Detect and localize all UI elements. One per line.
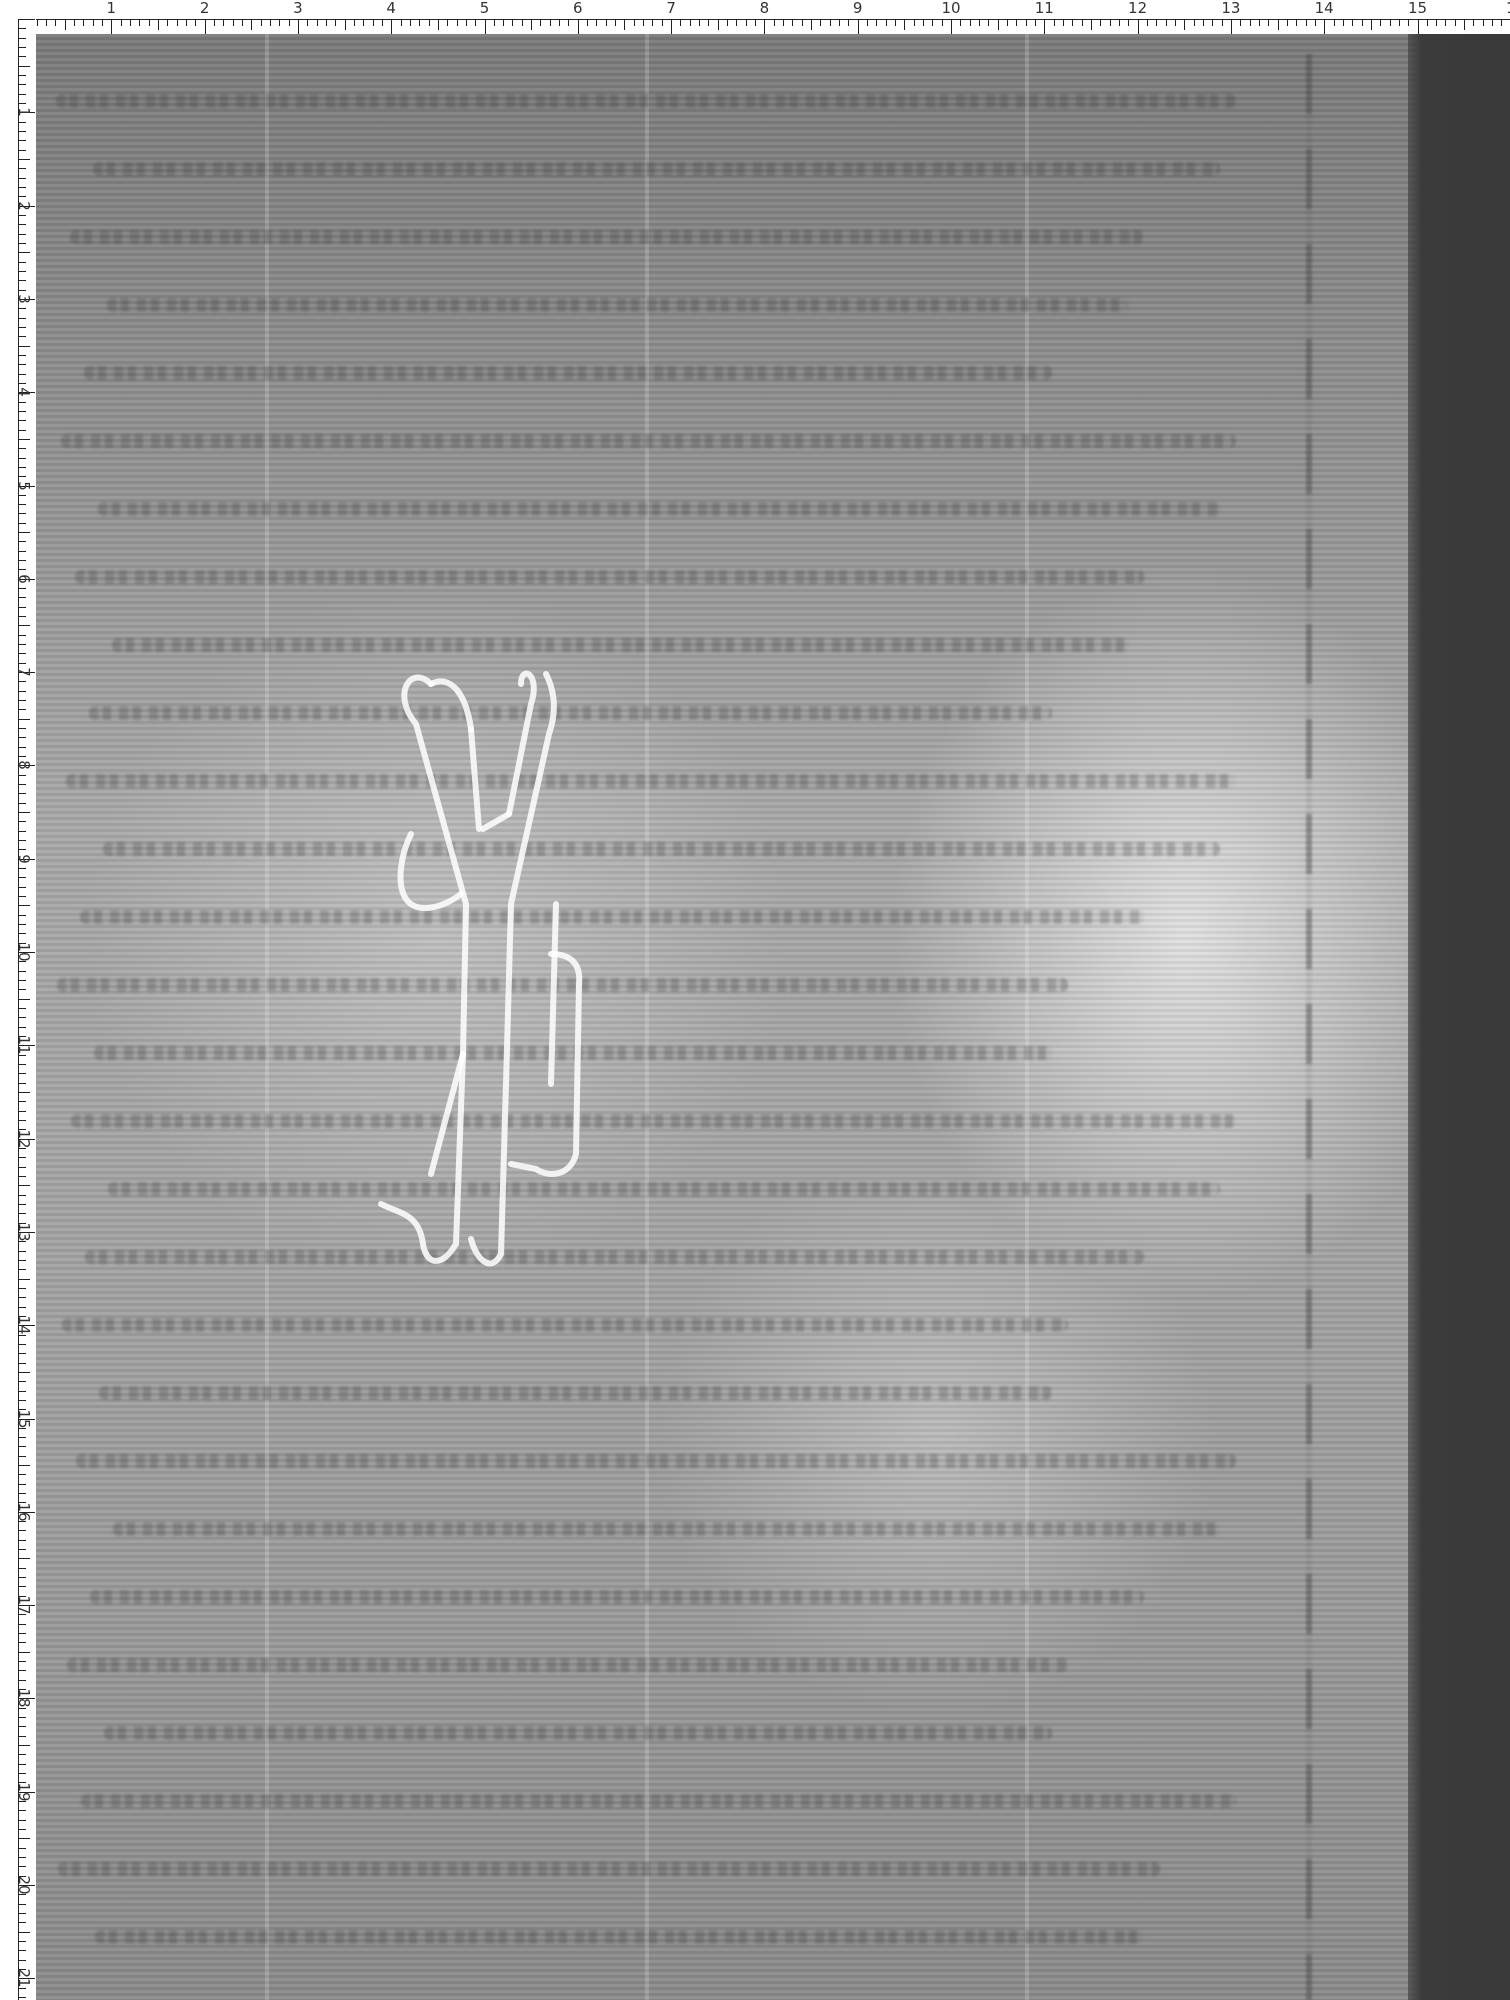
ruler-tick	[18, 402, 26, 403]
ruler-tick	[18, 803, 26, 804]
ruler-tick	[18, 243, 26, 244]
ruler-tick	[18, 1577, 26, 1578]
ruler-tick	[652, 19, 653, 26]
ruler-tick	[18, 224, 26, 225]
ruler-tick	[746, 19, 747, 26]
ruler-label: 4	[386, 0, 396, 16]
ruler-tick	[550, 19, 551, 26]
ruler-tick	[18, 588, 26, 589]
ruler-tick	[1501, 19, 1502, 26]
ruler-tick	[18, 308, 26, 309]
ruler-tick	[18, 1083, 26, 1084]
ruler-tick	[914, 19, 915, 26]
ruler-tick	[1250, 19, 1251, 26]
ruler-tick	[18, 131, 26, 132]
ruler-tick	[391, 19, 392, 34]
ruler-tick	[18, 1073, 26, 1074]
ruler-tick	[662, 19, 663, 26]
ruler-tick	[373, 19, 374, 26]
ruler-tick	[289, 19, 290, 26]
ruler-label: 19	[16, 1782, 32, 1801]
ruler-tick	[121, 19, 122, 26]
ruler-tick	[18, 178, 26, 179]
ruler-label: 1	[1506, 0, 1510, 16]
ruler-tick	[18, 1586, 26, 1587]
ruler-tick	[186, 19, 187, 26]
ruler-tick	[1156, 19, 1157, 26]
ruler-tick	[18, 1176, 26, 1177]
ruler-label: 11	[16, 1036, 32, 1055]
handwriting-line	[66, 774, 1236, 788]
ruler-tick	[18, 1157, 26, 1158]
ruler-tick	[18, 159, 30, 160]
ruler-tick	[1054, 19, 1055, 26]
handwriting-line	[56, 94, 1236, 108]
ruler-tick	[18, 504, 26, 505]
handwriting-line	[93, 162, 1220, 176]
ruler-tick	[457, 19, 458, 26]
ruler-tick	[354, 19, 355, 26]
ruler-tick	[559, 19, 560, 26]
ruler-tick	[18, 1829, 26, 1830]
ruler-tick	[18, 887, 26, 888]
ruler-label: 5	[480, 0, 490, 16]
ruler-tick	[18, 1624, 26, 1625]
chain-line	[645, 34, 649, 2000]
ruler-tick	[18, 1988, 26, 1989]
handwriting-line	[58, 1862, 1160, 1876]
ruler-tick	[1324, 19, 1325, 34]
ruler-tick	[18, 1773, 26, 1774]
ruler-tick	[18, 1922, 26, 1923]
ruler-tick	[18, 728, 26, 729]
ruler-tick	[18, 663, 26, 664]
ruler-tick	[65, 19, 66, 30]
ruler-tick	[18, 868, 26, 869]
ruler-tick	[606, 19, 607, 26]
ruler-tick	[18, 1904, 26, 1905]
ruler-tick	[18, 999, 30, 1000]
ruler-tick	[177, 19, 178, 26]
ruler-label: 14	[1315, 0, 1334, 16]
ruler-tick	[1492, 19, 1493, 26]
ruler-tick	[858, 19, 859, 34]
ruler-tick	[18, 1642, 26, 1643]
ruler-tick	[18, 346, 30, 347]
ruler-tick	[1091, 19, 1092, 30]
ruler-tick	[764, 19, 765, 34]
ruler-tick	[18, 607, 26, 608]
ruler-tick	[270, 19, 271, 26]
ruler-tick	[18, 1101, 26, 1102]
ruler-tick	[18, 1391, 26, 1392]
ruler-tick	[1483, 19, 1484, 26]
ruler-tick	[18, 1680, 26, 1681]
ruler-tick	[1315, 19, 1316, 26]
ruler-tick	[18, 709, 26, 710]
ruler-tick	[18, 1484, 26, 1485]
ruler-tick	[755, 19, 756, 26]
ruler-tick	[512, 19, 513, 26]
ruler-tick	[18, 1745, 30, 1746]
ruler-tick	[205, 19, 206, 34]
handwriting-line	[113, 1522, 1220, 1536]
ruler-tick	[18, 1726, 26, 1727]
handwriting-line	[107, 298, 1128, 312]
ruler-tick	[18, 1568, 26, 1569]
ruler-tick	[261, 19, 262, 26]
ruler-tick	[578, 19, 579, 34]
ruler-label: 7	[16, 667, 32, 677]
ruler-tick	[1390, 19, 1391, 26]
ruler-label: 7	[666, 0, 676, 16]
ruler-tick	[904, 19, 905, 30]
ruler-tick	[18, 84, 26, 85]
ruler-label: 2	[200, 0, 210, 16]
ruler-tick	[18, 47, 26, 48]
ruler-tick	[18, 1848, 26, 1849]
ruler-tick	[18, 812, 30, 813]
ruler-tick	[1352, 19, 1353, 26]
ruler-tick	[74, 19, 75, 26]
ruler-label: 9	[853, 0, 863, 16]
ruler-tick	[18, 439, 30, 440]
ruler-tick	[848, 19, 849, 26]
ruler-tick	[18, 290, 26, 291]
ruler-tick	[18, 1614, 26, 1615]
ruler-tick	[18, 1474, 26, 1475]
ruler-tick	[18, 1530, 26, 1531]
ruler-tick	[1082, 19, 1083, 26]
ruler-tick	[18, 1465, 30, 1466]
ruler-label: 1	[16, 108, 32, 118]
ruler-tick	[214, 19, 215, 26]
ruler-tick	[18, 1950, 26, 1951]
ruler-tick	[1408, 19, 1409, 26]
ruler-tick	[18, 94, 26, 95]
ruler-tick	[1268, 19, 1269, 26]
ruler-tick	[18, 1008, 26, 1009]
ruler-tick	[18, 1717, 26, 1718]
ruler-tick	[802, 19, 803, 26]
ruler-tick	[18, 737, 26, 738]
ruler-tick	[18, 849, 26, 850]
ruler-tick	[18, 691, 26, 692]
ruler-tick	[18, 653, 26, 654]
ruler-tick	[979, 19, 980, 26]
ruler-tick	[18, 1670, 26, 1671]
ruler-tick	[363, 19, 364, 26]
ruler-tick	[1194, 19, 1195, 26]
scan-background-edge	[1408, 34, 1510, 2000]
ruler-tick	[1380, 19, 1381, 26]
ruler-tick	[18, 532, 30, 533]
ruler-tick	[18, 355, 26, 356]
ruler-tick	[1473, 19, 1474, 26]
ruler-tick	[18, 383, 26, 384]
ruler-tick	[18, 1446, 26, 1447]
ruler-tick	[1445, 19, 1446, 26]
ruler-tick	[18, 38, 26, 39]
ruler-tick	[18, 1437, 26, 1438]
ruler-tick	[587, 19, 588, 26]
ruler-tick	[18, 1111, 26, 1112]
ruler-tick	[429, 19, 430, 26]
chain-line	[1025, 34, 1029, 2000]
ruler-tick	[18, 1549, 26, 1550]
ruler-tick	[18, 1372, 30, 1373]
ruler-tick	[18, 896, 26, 897]
ruler-tick	[596, 19, 597, 26]
ruler-tick	[18, 476, 26, 477]
ruler-tick	[1231, 19, 1232, 34]
ruler-tick	[18, 19, 35, 20]
ruler-tick	[242, 19, 243, 26]
ruler-tick	[18, 1363, 26, 1364]
handwriting-line	[98, 502, 1220, 516]
ruler-tick	[18, 1558, 30, 1559]
handwriting-line	[99, 1386, 1052, 1400]
ruler-tick	[18, 1754, 26, 1755]
ruler-tick	[130, 19, 131, 26]
ruler-tick	[447, 19, 448, 26]
ruler-label: 15	[16, 1409, 32, 1428]
ruler-tick	[18, 122, 26, 123]
handwriting-line	[84, 366, 1052, 380]
ruler-tick	[18, 625, 30, 626]
ruler-tick	[18, 215, 26, 216]
ruler-tick	[503, 19, 504, 26]
ruler-label: 16	[16, 1502, 32, 1521]
ruler-tick	[307, 19, 308, 26]
ruler-tick	[18, 196, 26, 197]
ruler-tick	[18, 140, 26, 141]
ruler-tick	[18, 448, 26, 449]
ruler-tick	[680, 19, 681, 26]
ruler-tick	[1212, 19, 1213, 26]
ruler-tick	[1455, 19, 1456, 26]
ruler-tick	[18, 840, 26, 841]
handwriting-line	[71, 1114, 1236, 1128]
ruler-tick	[93, 19, 94, 26]
ruler-tick	[18, 66, 30, 67]
ruler-tick	[18, 28, 26, 29]
handwriting-line	[62, 1318, 1068, 1332]
ruler-tick	[18, 569, 26, 570]
ruler-tick	[951, 19, 952, 34]
ruler-tick	[18, 1167, 26, 1168]
ruler-tick	[18, 1335, 26, 1336]
ruler-tick	[18, 1055, 26, 1056]
handwriting-line	[61, 434, 1236, 448]
ruler-tick	[18, 1027, 26, 1028]
ruler-tick	[18, 1866, 26, 1867]
ruler-tick	[18, 877, 26, 878]
ruler-label: 18	[16, 1689, 32, 1708]
ruler-tick	[1334, 19, 1335, 26]
handwriting-line	[104, 1726, 1052, 1740]
ruler-tick	[18, 971, 26, 972]
ruler-tick	[18, 1307, 26, 1308]
ruler-tick	[1035, 19, 1036, 26]
ruler-tick	[718, 19, 719, 30]
ruler-tick	[18, 1941, 26, 1942]
ruler-tick	[18, 541, 26, 542]
ruler-tick	[1063, 19, 1064, 26]
ruler-tick	[149, 19, 150, 26]
ruler-tick	[18, 915, 26, 916]
ruler-tick	[18, 1344, 26, 1345]
ruler-tick	[466, 19, 467, 26]
ruler-tick	[727, 19, 728, 26]
ruler-tick	[18, 784, 26, 785]
ruler-tick	[18, 551, 26, 552]
ruler-tick	[1259, 19, 1260, 26]
ruler-tick	[18, 458, 26, 459]
ruler-tick	[18, 187, 26, 188]
ruler-tick	[1371, 19, 1372, 30]
ruler-tick	[1166, 19, 1167, 26]
ruler-tick	[18, 560, 26, 561]
ruler-tick	[960, 19, 961, 26]
ruler-tick	[18, 933, 26, 934]
ruler-tick	[18, 1017, 26, 1018]
ruler-tick	[18, 1810, 26, 1811]
ruler-tick	[867, 19, 868, 26]
ruler-tick	[624, 19, 625, 30]
ruler-tick	[1222, 19, 1223, 26]
ruler-tick	[18, 513, 26, 514]
ruler-tick	[1007, 19, 1008, 26]
ruler-tick	[18, 1913, 26, 1914]
ruler-tick	[46, 19, 47, 26]
ruler-tick	[317, 19, 318, 26]
ruler-tick	[419, 19, 420, 26]
ruler-label: 5	[16, 481, 32, 491]
ruler-tick	[1147, 19, 1148, 26]
ruler-tick	[522, 19, 523, 26]
ruler-tick	[820, 19, 821, 26]
ruler-tick	[18, 1764, 26, 1765]
ruler-tick	[18, 775, 26, 776]
ruler-tick	[1343, 19, 1344, 26]
ruler-label: 20	[16, 1875, 32, 1894]
ruler-tick	[923, 19, 924, 26]
ruler-tick	[18, 150, 26, 151]
ruler-tick	[1436, 19, 1437, 26]
handwriting-line	[67, 1658, 1068, 1672]
ruler-tick	[18, 747, 26, 748]
ruler-tick	[102, 19, 103, 26]
ruler-tick	[18, 1381, 26, 1382]
handwriting-line	[112, 638, 1128, 652]
ruler-tick	[792, 19, 793, 26]
ruler-tick	[18, 831, 26, 832]
ruler-label: 6	[573, 0, 583, 16]
handwriting-line	[85, 1250, 1144, 1264]
ruler-label: 13	[1221, 0, 1240, 16]
watermark-icon	[371, 654, 601, 1274]
ruler-tick	[18, 523, 26, 524]
handwriting-line	[90, 1590, 1144, 1604]
ruler-tick	[18, 318, 26, 319]
ruler-tick	[18, 56, 26, 57]
ruler-tick	[1418, 19, 1419, 34]
ruler-tick	[18, 1353, 26, 1354]
ruler-tick	[167, 19, 168, 26]
ruler-label: 21	[16, 1969, 32, 1988]
ruler-tick	[18, 1838, 30, 1839]
ruler-tick	[111, 19, 112, 34]
ruler-tick	[1278, 19, 1279, 30]
ruler-tick	[932, 19, 933, 26]
ruler-tick	[18, 980, 26, 981]
ruler-tick	[18, 1820, 26, 1821]
ruler-tick	[1119, 19, 1120, 26]
ruler-tick	[18, 1251, 26, 1252]
ruler-label: 4	[16, 387, 32, 397]
ruler-tick	[643, 19, 644, 26]
ruler-tick	[1240, 19, 1241, 26]
ruler-tick	[18, 1260, 26, 1261]
ruler-tick	[839, 19, 840, 26]
ruler-tick	[18, 262, 26, 263]
ruler-tick	[18, 597, 26, 598]
horizontal-ruler: 01234567891011121314151	[0, 0, 1510, 34]
ruler-tick	[18, 821, 26, 822]
ruler-tick	[18, 336, 26, 337]
ruler-tick	[18, 1120, 26, 1121]
ruler-label: 8	[16, 761, 32, 771]
ruler-tick	[1296, 19, 1297, 26]
ruler-tick	[251, 19, 252, 30]
ruler-tick	[410, 19, 411, 26]
ruler-tick	[1427, 19, 1428, 26]
ruler-tick	[774, 19, 775, 26]
ruler-tick	[18, 1092, 30, 1093]
laid-lines-texture	[36, 34, 1510, 2000]
ruler-tick	[18, 1493, 26, 1494]
chain-line	[265, 34, 269, 2000]
ruler-label: 10	[16, 942, 32, 961]
ruler-tick	[18, 1997, 26, 1998]
ruler-tick	[18, 411, 26, 412]
ruler-tick	[18, 644, 26, 645]
ruler-tick	[18, 635, 26, 636]
ruler-label: 1	[107, 0, 117, 16]
ruler-tick	[83, 19, 84, 26]
ruler-tick	[18, 420, 26, 421]
ruler-tick	[485, 19, 486, 34]
ruler-tick	[18, 467, 26, 468]
ruler-tick	[671, 19, 672, 34]
ruler-tick	[998, 19, 999, 30]
ruler-tick	[223, 19, 224, 26]
ruler-label: 12	[1128, 0, 1147, 16]
ruler-tick	[18, 364, 26, 365]
ruler-tick	[1026, 19, 1027, 26]
ruler-tick	[18, 1736, 26, 1737]
handwriting-line	[80, 910, 1144, 924]
margin-bracket-marks	[1306, 54, 1312, 2000]
ruler-tick	[1072, 19, 1073, 26]
ruler-tick	[18, 1960, 26, 1961]
ruler-tick	[1306, 19, 1307, 26]
ruler-tick	[494, 19, 495, 26]
ruler-tick	[18, 1932, 30, 1933]
ruler-tick	[1016, 19, 1017, 26]
ruler-tick	[1138, 19, 1139, 34]
